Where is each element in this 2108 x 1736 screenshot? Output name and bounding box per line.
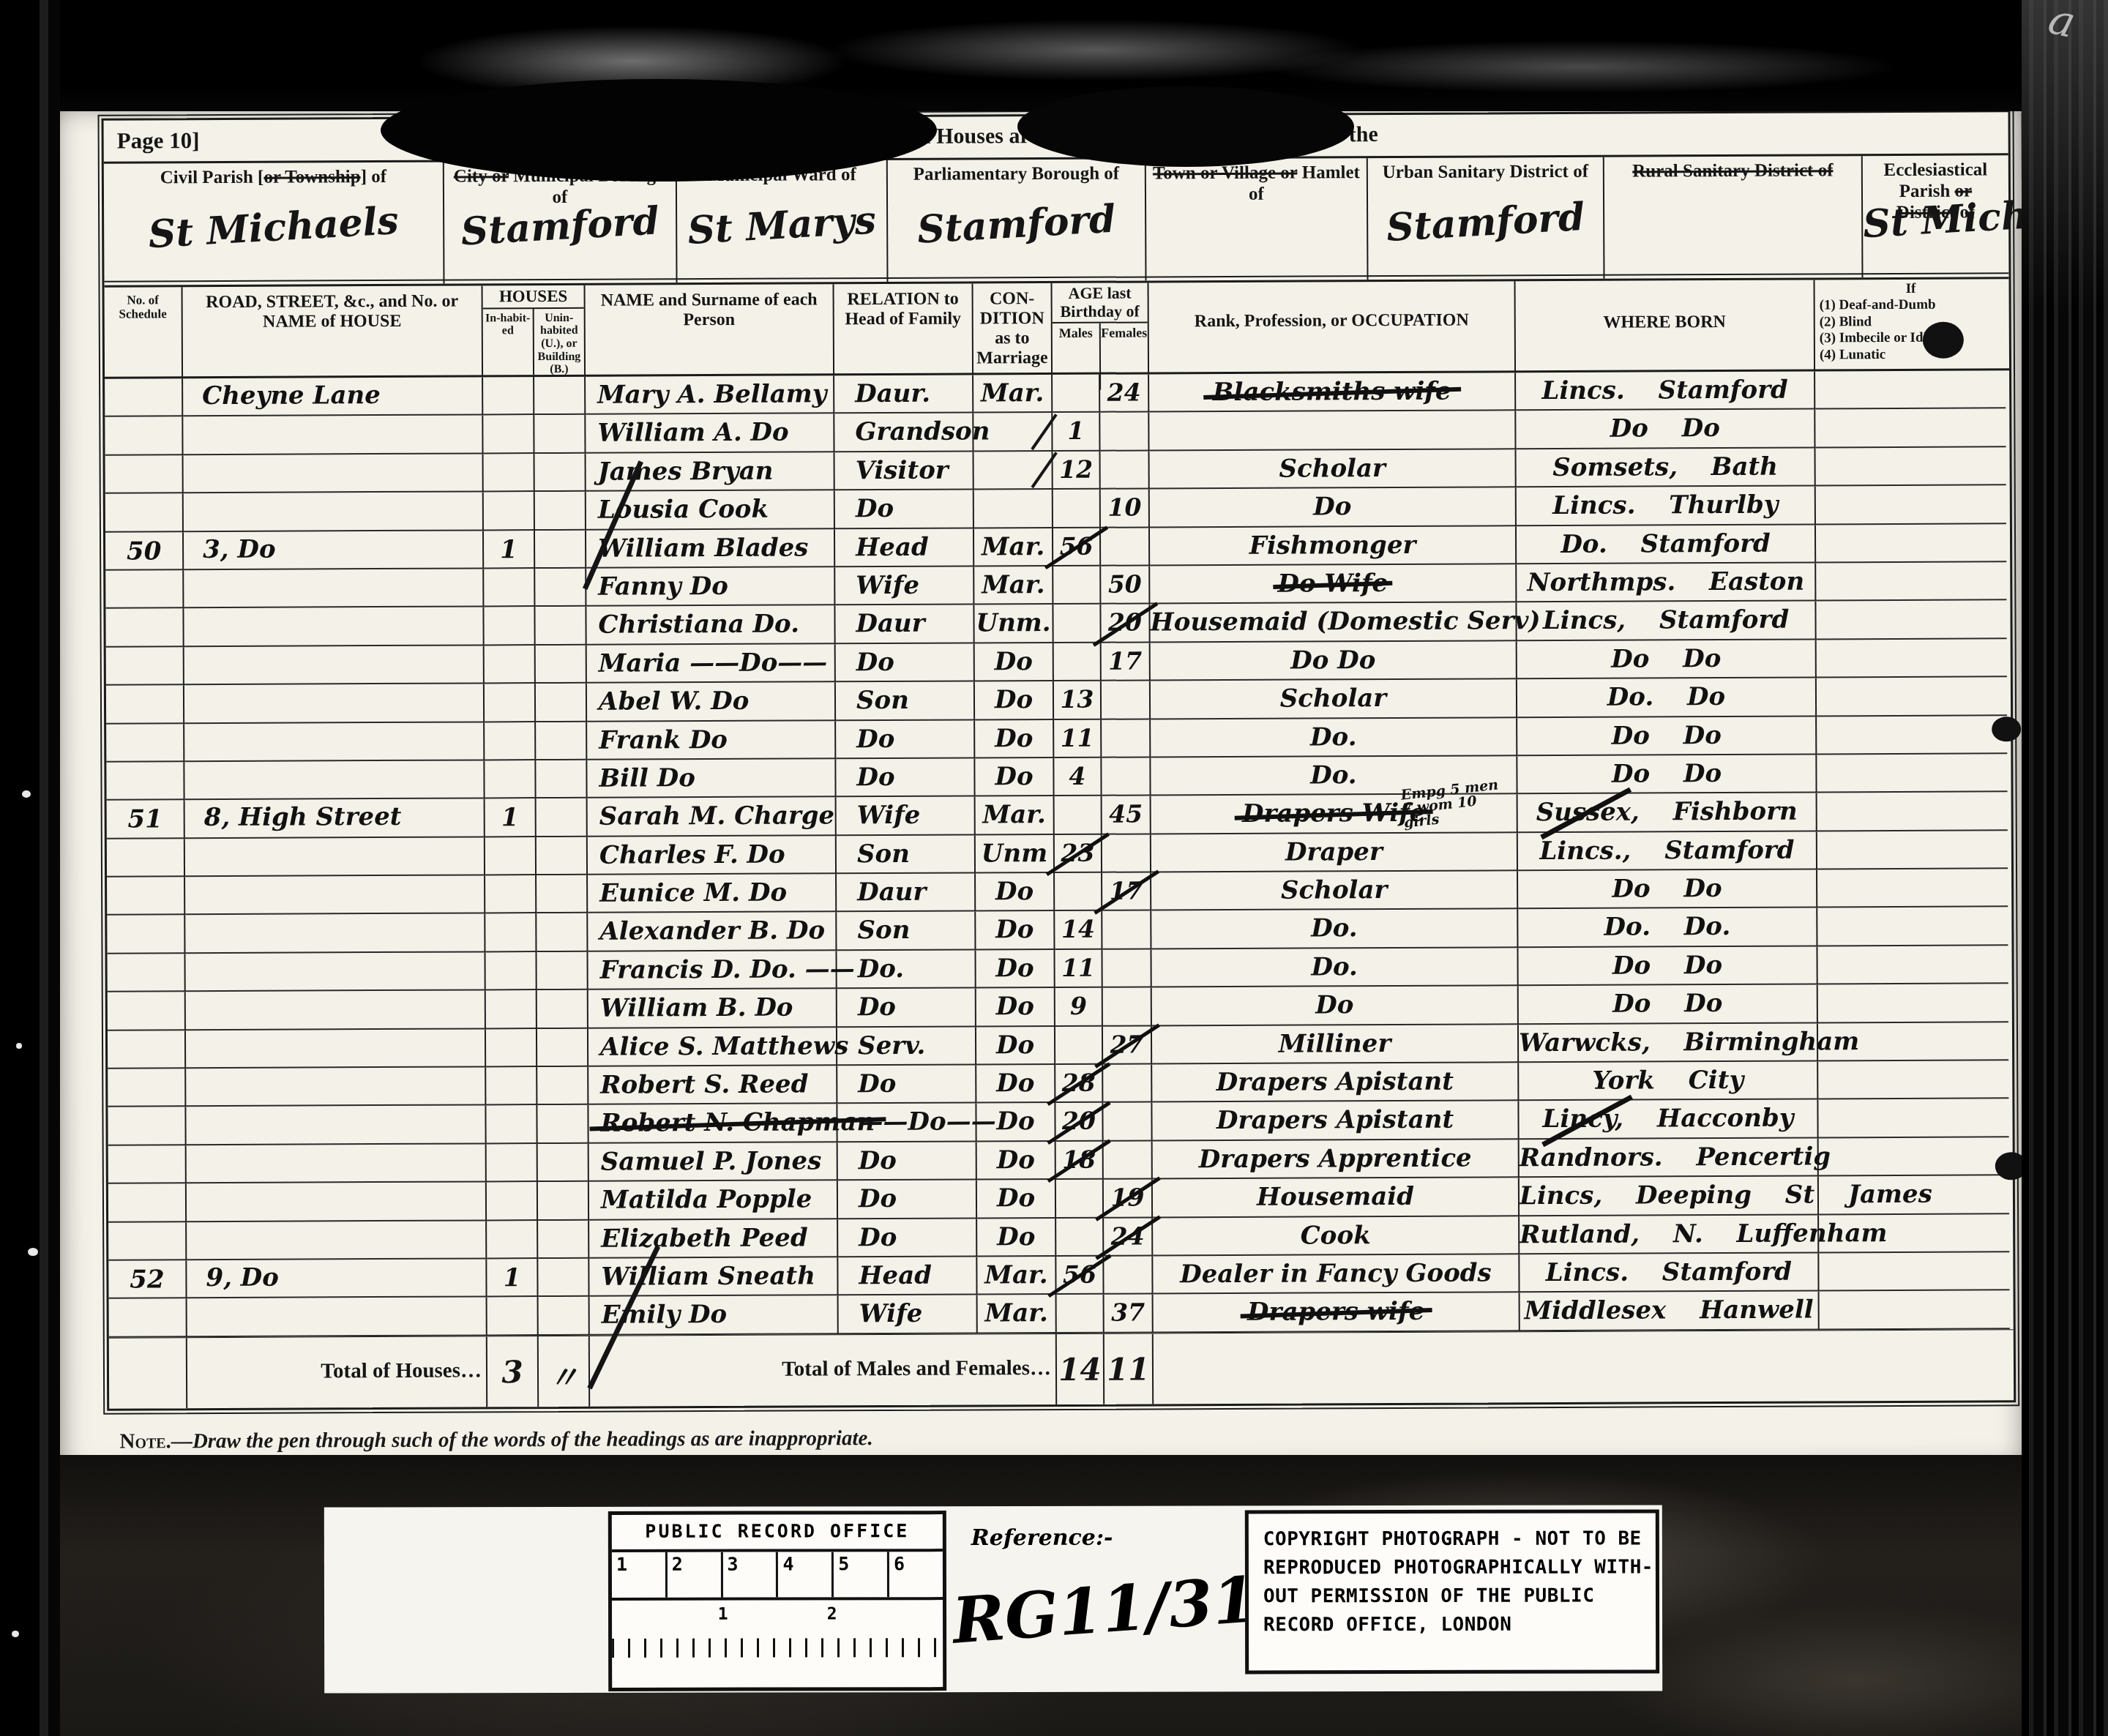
col-schedule: No. of Schedule xyxy=(105,287,184,378)
cell-road-street xyxy=(184,722,485,762)
cell-age-female: 17 xyxy=(1102,643,1151,681)
cell-schedule-number xyxy=(109,1299,187,1338)
cell-age-female xyxy=(1103,988,1152,1027)
cell-age-male: 56 xyxy=(1056,1257,1104,1295)
cell-schedule-number xyxy=(105,417,183,456)
cell-inhabited xyxy=(484,492,535,531)
cell-condition xyxy=(974,452,1053,490)
rural-sanitary-value xyxy=(1604,192,1861,206)
cell-inhabited xyxy=(487,1297,539,1336)
cell-occupation: Do. xyxy=(1151,718,1517,758)
cell-schedule-number xyxy=(106,762,184,801)
cell-road-street xyxy=(184,684,485,724)
ruler-segment: 4 xyxy=(778,1552,834,1597)
ruler-segment: 3 xyxy=(723,1552,779,1598)
town-village-cell: Town or Village or Hamlet of xyxy=(1146,158,1369,280)
ink-blot xyxy=(1992,717,2021,741)
cell-relation: Visitor xyxy=(835,452,974,490)
cell-inhabited xyxy=(487,1221,538,1260)
cell-age-male xyxy=(1056,1180,1104,1219)
cell-schedule-number xyxy=(105,570,184,609)
cell-occupation: Drapers Apistant xyxy=(1152,1101,1519,1142)
cell-age-male xyxy=(1057,1295,1105,1333)
cell-age-female: 37 xyxy=(1105,1295,1154,1333)
disab-4: (4) Lunatic xyxy=(1820,347,1885,362)
cell-schedule-number xyxy=(108,1107,186,1146)
cell-inhabited xyxy=(485,914,537,953)
scanned-census-photograph: Page 10] The undermentioned Houses are s… xyxy=(0,0,2108,1736)
ruler-label: 2 xyxy=(827,1604,837,1623)
cell-age-female: 17 xyxy=(1102,872,1151,911)
cell-road-street xyxy=(187,1144,487,1183)
cell-condition: Do xyxy=(975,720,1054,759)
col-houses-group: HOUSES In-habit-ed Unin-habited (U.), or… xyxy=(483,285,586,376)
cell-schedule-number xyxy=(107,877,185,916)
cell-road-street: 3, Do xyxy=(184,531,484,570)
col-relation: RELATION to Head of Family xyxy=(834,283,974,375)
cell-uninhabited xyxy=(537,798,588,837)
cell-condition: Mar. xyxy=(977,1257,1056,1295)
copyright-stamp: COPYRIGHT PHOTOGRAPH - NOT TO BE REPRODU… xyxy=(1245,1509,1659,1674)
cell-person-name: Robert N. Chapman xyxy=(588,1104,837,1144)
film-speck xyxy=(12,1631,19,1637)
cell-condition xyxy=(974,490,1053,528)
cell-disabilities xyxy=(1817,639,2007,678)
cell-inhabited xyxy=(483,377,534,416)
urban-sanitary-cell: Urban Sanitary District of Stamford xyxy=(1368,157,1605,280)
cell-person-name: Elizabeth Peed xyxy=(589,1219,838,1259)
cell-uninhabited xyxy=(537,1067,588,1106)
cell-where-born: Lincs, Deeping St James xyxy=(1520,1177,1819,1216)
cell-disabilities xyxy=(1818,984,2008,1024)
cell-where-born: Do Do xyxy=(1517,755,1817,794)
cell-occupation: Draper xyxy=(1151,833,1518,873)
copyright-line: REPRODUCED PHOTOGRAPHICALLY WITH- xyxy=(1263,1553,1656,1582)
cell-schedule-number xyxy=(108,1145,187,1184)
cell-road-street xyxy=(186,1029,486,1069)
cell-disabilities xyxy=(1817,677,2007,717)
cell-road-street xyxy=(186,991,486,1030)
cell-person-name: Eunice M. Do xyxy=(588,874,837,913)
cell-relation: Do xyxy=(837,989,976,1028)
cell-schedule-number xyxy=(108,954,186,992)
film-speck xyxy=(22,790,31,798)
cell-person-name: Alice S. Matthews xyxy=(588,1028,837,1067)
cell-schedule-number xyxy=(106,685,184,724)
cell-age-male: 23 xyxy=(1055,834,1102,873)
cell-occupation: Cook xyxy=(1153,1216,1520,1257)
cell-occupation: Scholar xyxy=(1150,449,1517,490)
cell-condition: Unm. xyxy=(974,605,1053,643)
cell-disabilities xyxy=(1817,946,2008,985)
cell-age-male xyxy=(1053,375,1100,414)
cell-disabilities xyxy=(1819,1176,2009,1216)
cell-disabilities xyxy=(1818,1022,2008,1062)
cell-condition: Do xyxy=(976,950,1055,989)
cell-person-name: Abel W. Do xyxy=(587,682,836,722)
column-header-row: No. of Schedule ROAD, STREET, &c., and N… xyxy=(105,279,2010,378)
cell-where-born: Randnors. Pencertig xyxy=(1520,1138,1819,1178)
cell-inhabited xyxy=(485,952,537,991)
cell-occupation xyxy=(1149,411,1516,452)
cell-inhabited: 1 xyxy=(484,531,535,569)
ruler-segment: 1 xyxy=(612,1552,668,1598)
cell-road-street xyxy=(184,569,484,608)
cell-where-born: Lincs. Stamford xyxy=(1516,371,1815,411)
cell-relation: Son xyxy=(837,835,976,874)
disab-2: (2) Blind xyxy=(1820,314,1872,329)
civil-parish-cell: Civil Parish [or Township] of St Michael… xyxy=(104,162,445,285)
cell-uninhabited xyxy=(535,569,586,607)
cell-occupation: Do. xyxy=(1151,948,1518,988)
cell-condition: Mar. xyxy=(978,1295,1057,1333)
cell-condition: Mar. xyxy=(973,375,1053,414)
cell-condition: Do xyxy=(976,911,1055,950)
cell-condition: Do xyxy=(975,681,1054,720)
cell-disabilities xyxy=(1816,447,2006,487)
ruler-centimetres: 1 2 xyxy=(612,1600,943,1658)
cell-schedule-number xyxy=(106,647,184,686)
cell-disabilities xyxy=(1817,793,2008,832)
cell-age-male: 18 xyxy=(1056,1142,1104,1181)
cell-relation: Daur. xyxy=(834,375,973,414)
cell-road-street xyxy=(184,760,485,800)
occupation-annotation: Empg 5 men 7 wom 10 girls xyxy=(1400,777,1514,831)
cell-disabilities xyxy=(1815,409,2006,449)
cell-occupation: Scholar xyxy=(1151,679,1517,719)
cell-schedule-number: 51 xyxy=(107,800,185,839)
cell-relation: Do xyxy=(836,643,975,682)
copyright-line: OUT PERMISSION OF THE PUBLIC xyxy=(1263,1582,1656,1611)
cell-condition: Do xyxy=(976,1065,1055,1104)
cell-where-born: Somsets, Bath xyxy=(1517,448,1816,487)
cell-condition: Do xyxy=(976,873,1055,912)
cell-age-male xyxy=(1055,873,1102,912)
cell-relation: Wife xyxy=(837,797,976,836)
cell-occupation: Drapers Apprentice xyxy=(1153,1140,1520,1180)
cell-disabilities xyxy=(1816,601,2006,640)
cell-uninhabited xyxy=(535,454,586,493)
cell-uninhabited xyxy=(537,837,588,875)
cell-road-street xyxy=(185,837,485,877)
cell-uninhabited xyxy=(536,760,587,799)
cell-age-female xyxy=(1103,1103,1152,1142)
film-edge-right xyxy=(2022,0,2108,1736)
cell-where-born: Warwcks, Birmingham xyxy=(1519,1023,1818,1063)
parliamentary-borough-value: Stamford xyxy=(887,195,1146,254)
cell-age-male xyxy=(1053,490,1101,528)
total-males: 14 xyxy=(1057,1333,1105,1404)
cell-where-born: Sussex, Fishborn xyxy=(1518,793,1817,833)
cell-occupation: Drapers WifeEmpg 5 men 7 wom 10 girls xyxy=(1151,795,1518,835)
col-name: NAME and Surname of each Person xyxy=(586,284,835,375)
cell-occupation: Do Wife xyxy=(1150,564,1517,605)
cell-occupation: Milliner xyxy=(1152,1025,1519,1065)
cell-schedule-number xyxy=(105,609,184,648)
cell-where-born: Lincs. Stamford xyxy=(1520,1253,1819,1292)
cell-age-male: 13 xyxy=(1054,681,1102,720)
cell-age-female xyxy=(1101,451,1150,490)
ecclesiastical-parish-cell: Ecclesiastical Parish or District of St … xyxy=(1863,155,2009,277)
cell-age-female: 19 xyxy=(1104,1180,1153,1219)
cell-schedule-number xyxy=(107,839,185,878)
stamp-strip: PUBLIC RECORD OFFICE 1 2 3 4 5 6 1 2 Ref… xyxy=(324,1505,1662,1693)
cell-person-name: Sarah M. Charge xyxy=(588,798,837,837)
cell-person-name: William Blades xyxy=(586,529,835,569)
footer-note-text: Draw the pen through such of the words o… xyxy=(193,1426,873,1453)
cell-condition: Do xyxy=(977,1219,1056,1257)
cell-person-name: Christiana Do. xyxy=(586,606,835,646)
cell-age-male: 9 xyxy=(1055,988,1103,1027)
cell-where-born: York City xyxy=(1519,1061,1818,1101)
cell-person-name: Mary A. Bellamy xyxy=(586,375,834,415)
cell-condition xyxy=(973,413,1053,452)
cell-age-female xyxy=(1102,719,1151,758)
cell-relation: Do xyxy=(838,1142,977,1181)
cell-road-street xyxy=(184,454,484,493)
houses-group-label: HOUSES xyxy=(483,285,584,309)
cell-where-born: Middlesex Hanwell xyxy=(1520,1292,1820,1331)
cell-relation: Do. xyxy=(837,950,976,989)
cell-age-male xyxy=(1053,566,1101,605)
cell-where-born: Lincy, Hacconby xyxy=(1519,1100,1818,1140)
cell-condition: Mar. xyxy=(974,566,1053,605)
cell-inhabited: 1 xyxy=(487,1259,538,1298)
footer-note-prefix: Note.— xyxy=(119,1429,193,1453)
totals-empty-schedule xyxy=(109,1338,187,1408)
cell-uninhabited xyxy=(535,607,586,646)
ruler-segment: 6 xyxy=(889,1552,943,1597)
cell-occupation: Housemaid xyxy=(1153,1178,1520,1218)
cell-occupation: Do. xyxy=(1151,910,1518,950)
cell-occupation: Do xyxy=(1152,986,1519,1026)
cell-schedule-number xyxy=(108,1183,187,1222)
reference-label: Reference:- xyxy=(971,1525,1113,1551)
cell-age-male: 1 xyxy=(1053,413,1100,452)
cell-inhabited xyxy=(487,1144,538,1183)
cell-road-street: Cheyne Lane xyxy=(183,377,483,416)
cell-schedule-number xyxy=(105,455,184,494)
cell-inhabited xyxy=(486,1106,537,1145)
cell-relation: Grandson xyxy=(834,414,973,452)
cell-relation: Son xyxy=(837,912,976,951)
rural-sanitary-label: Rural Sanitary District of xyxy=(1610,160,1855,182)
cell-person-name: Frank Do xyxy=(587,721,836,760)
town-village-label: Town or Village or Hamlet of xyxy=(1152,162,1361,206)
cell-age-female xyxy=(1102,757,1151,796)
cell-road-street xyxy=(184,646,485,685)
ruler-label: 1 xyxy=(718,1605,728,1624)
cell-uninhabited xyxy=(538,1259,589,1298)
cell-road-street xyxy=(186,1067,486,1107)
cell-occupation: Housemaid (Domestic Serv) xyxy=(1150,603,1517,643)
cell-disabilities xyxy=(1816,485,2006,525)
cell-schedule-number: 50 xyxy=(105,532,184,571)
cell-inhabited xyxy=(484,454,535,493)
cell-age-male: 11 xyxy=(1055,950,1102,989)
cell-road-street xyxy=(184,607,484,647)
cell-relation: Head xyxy=(838,1257,977,1295)
cell-disabilities xyxy=(1818,1099,2008,1139)
cell-road-street xyxy=(184,493,484,532)
cell-person-name: William Sneath xyxy=(589,1257,838,1297)
col-age-group: AGE last Birthday of Males Females xyxy=(1053,283,1150,373)
municipal-ward-value: St Marys xyxy=(676,198,888,254)
cell-condition: Do xyxy=(977,1180,1056,1219)
cell-uninhabited xyxy=(537,875,588,914)
cell-uninhabited xyxy=(535,530,586,569)
cell-age-male: 14 xyxy=(1055,911,1102,950)
cell-relation: Daur xyxy=(837,874,976,913)
cell-age-female xyxy=(1102,681,1151,720)
cell-uninhabited xyxy=(537,990,588,1029)
cell-where-born: Do. Stamford xyxy=(1517,525,1816,564)
cell-relation: Wife xyxy=(839,1295,978,1334)
cell-person-name: Robert S. Reed xyxy=(588,1066,837,1105)
cell-disabilities xyxy=(1817,908,2008,947)
ecclesiastical-parish-value: St Michall xyxy=(1862,194,2010,247)
cell-where-born: Do. Do. xyxy=(1518,908,1817,948)
cell-uninhabited xyxy=(536,646,587,684)
cell-disabilities xyxy=(1816,524,2006,564)
cell-relation: Do xyxy=(836,758,975,797)
cell-person-name: Charles F. Do xyxy=(588,836,837,875)
ruler-segment: 2 xyxy=(668,1552,723,1598)
cell-age-female: 45 xyxy=(1102,796,1151,835)
cell-road-street: 9, Do xyxy=(187,1259,487,1298)
col-road: ROAD, STREET, &c., and No. or NAME of HO… xyxy=(183,285,484,378)
footer-note: Note.—Draw the pen through such of the w… xyxy=(119,1426,872,1453)
cell-age-male xyxy=(1055,796,1102,835)
cell-road-street: 8, High Street xyxy=(185,799,485,839)
cell-age-male: 20 xyxy=(1055,1103,1103,1142)
film-edge-top xyxy=(0,0,2108,111)
cell-occupation: Drapers Apistant xyxy=(1152,1063,1519,1103)
cell-occupation: Drapers wife xyxy=(1154,1293,1520,1333)
cell-age-female xyxy=(1104,1256,1153,1295)
cell-schedule-number xyxy=(108,1030,186,1069)
cell-disabilities xyxy=(1819,1252,2009,1292)
parliamentary-borough-cell: Parliamentary Borough of Stamford xyxy=(888,159,1147,282)
cell-age-female: 20 xyxy=(1101,605,1150,643)
cell-where-born: Do Do xyxy=(1518,946,1817,986)
cell-condition: Mar. xyxy=(974,528,1053,567)
cell-age-male xyxy=(1056,1218,1104,1257)
urban-sanitary-value: Stamford xyxy=(1367,193,1604,251)
copyright-line: COPYRIGHT PHOTOGRAPH - NOT TO BE xyxy=(1263,1524,1656,1554)
cell-road-street xyxy=(185,952,485,992)
cell-uninhabited xyxy=(537,1028,588,1067)
cell-age-female xyxy=(1100,413,1149,452)
cell-person-name: William B. Do xyxy=(588,989,837,1029)
film-edge-left xyxy=(0,0,60,1736)
cell-inhabited: 1 xyxy=(485,798,537,837)
cell-relation: Do xyxy=(838,1181,977,1219)
ink-blot xyxy=(1923,322,1964,359)
cell-relation: Do xyxy=(838,1219,977,1257)
cell-inhabited xyxy=(487,1182,538,1221)
cell-age-male: 28 xyxy=(1055,1065,1103,1104)
cell-disabilities xyxy=(1818,1060,2008,1100)
cell-relation: Son xyxy=(836,682,975,721)
total-houses-inhabited: 3 xyxy=(487,1336,539,1407)
cell-where-born: Lincs, Stamford xyxy=(1517,602,1816,641)
parliamentary-borough-label: Parliamentary Borough of xyxy=(894,163,1139,185)
cell-disabilities xyxy=(1819,1214,2009,1254)
cell-relation: Daur xyxy=(835,605,974,644)
cell-schedule-number xyxy=(108,1069,186,1107)
cell-schedule-number xyxy=(105,493,184,532)
cell-schedule-number xyxy=(105,378,183,417)
film-edge-wave xyxy=(381,79,937,182)
cell-person-name: Matilda Popple xyxy=(589,1181,838,1220)
pro-title: PUBLIC RECORD OFFICE xyxy=(612,1514,943,1542)
copyright-line: RECORD OFFICE, LONDON xyxy=(1263,1610,1656,1639)
cell-road-street xyxy=(185,914,485,954)
cell-age-male xyxy=(1054,643,1102,681)
civil-parish-label: Civil Parish [or Township] of xyxy=(110,167,437,190)
cell-uninhabited xyxy=(538,1220,589,1259)
civil-parish-value: St Michaels xyxy=(103,196,444,260)
cell-age-female xyxy=(1103,1064,1152,1103)
cell-schedule-number xyxy=(108,1222,187,1261)
cell-occupation: Fishmonger xyxy=(1150,526,1517,566)
cell-where-born: Do. Do xyxy=(1517,678,1817,718)
cell-condition: Do xyxy=(977,1142,1056,1181)
cell-schedule-number: 52 xyxy=(108,1260,187,1299)
cell-inhabited xyxy=(485,837,537,876)
cell-inhabited xyxy=(486,1067,537,1106)
cell-age-female xyxy=(1102,911,1151,950)
cell-disabilities xyxy=(1820,1291,2010,1331)
film-speck xyxy=(28,1248,38,1256)
cell-relation: ——Do—— xyxy=(837,1104,976,1142)
total-houses-label: Total of Houses… xyxy=(187,1336,487,1408)
cell-relation: Serv. xyxy=(837,1027,976,1066)
cell-occupation: Do Do xyxy=(1151,641,1517,681)
district-header-row: Civil Parish [or Township] of St Michael… xyxy=(104,155,2009,287)
cell-road-street xyxy=(187,1183,487,1222)
cell-age-female: 50 xyxy=(1101,566,1150,605)
cell-where-born: Northmps. Easton xyxy=(1517,563,1816,602)
cell-condition: Unm xyxy=(976,835,1055,874)
cell-uninhabited xyxy=(537,952,588,991)
cell-uninhabited xyxy=(536,722,587,760)
cell-age-female: 24 xyxy=(1104,1218,1153,1257)
cell-inhabited xyxy=(485,646,536,684)
disab-1: (1) Deaf-and-Dumb xyxy=(1820,297,1936,313)
cell-relation: Head xyxy=(835,528,974,567)
cell-inhabited xyxy=(483,415,534,454)
cell-road-street xyxy=(185,875,485,915)
cell-age-male: 12 xyxy=(1053,451,1101,490)
col-uninhabited: Unin-habited (U.), or Building (B.) xyxy=(534,309,584,375)
cell-person-name: Alexander B. Do xyxy=(588,913,837,952)
col-occupation: Rank, Profession, or OCCUPATION xyxy=(1149,281,1517,373)
total-houses-uninhabited: 〃 xyxy=(539,1336,590,1407)
cell-condition: Do xyxy=(976,1027,1055,1066)
cell-inhabited xyxy=(485,760,536,799)
cell-age-female xyxy=(1102,949,1151,988)
col-where-born: WHERE BORN xyxy=(1516,280,1816,372)
cell-uninhabited xyxy=(538,1144,589,1183)
cell-uninhabited xyxy=(539,1297,590,1336)
cell-inhabited xyxy=(485,684,536,722)
cell-relation: Do xyxy=(835,490,974,529)
cell-uninhabited xyxy=(535,492,586,531)
cell-where-born: Lincs. Thurlby xyxy=(1517,487,1816,526)
cell-relation: Wife xyxy=(835,566,974,605)
